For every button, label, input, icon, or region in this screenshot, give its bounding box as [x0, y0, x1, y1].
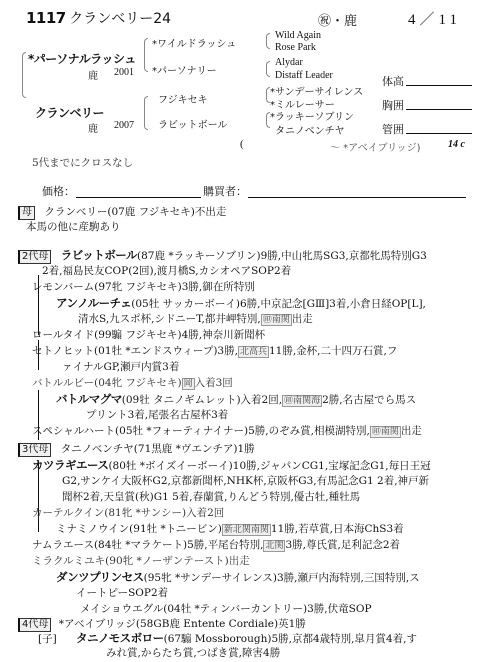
gen2-row-2: レモンバーム(97牝 フジキセキ)3勝,御在所特別: [32, 279, 255, 295]
record-text: (09牡 タニノギムレット)入着2回,: [122, 394, 282, 406]
dam-color: 鹿: [88, 120, 98, 135]
record-text: (67騸 Mossborough)5勝,京都4歳特別,皐月賞4着,す: [164, 633, 417, 645]
cannon-label: 管囲: [382, 121, 404, 137]
gen2-row-1: 2着,福島民友COP(2回),渡月橋S,カシオペアSOP2着: [42, 263, 291, 279]
gen3-row-9: イートピーSOP2着: [76, 585, 168, 601]
dam-line-2: 本馬の他に産駒あり: [26, 219, 121, 235]
dam-sire: フジキセキ: [158, 91, 208, 106]
horse-name-bold: ダンツプリンセス: [56, 570, 144, 584]
record-text: (95牝 *サンデーサイレンス)3勝,瀬戸内海特別,三国特別,ス: [144, 572, 420, 584]
dam-line-1: クランベリー(07鹿 フジキセキ)不出走: [44, 206, 226, 218]
catalog-header: 1117 クランベリー24: [26, 8, 171, 28]
chest-field[interactable]: [406, 109, 472, 110]
gen3-row-7: ミラクルミユキ(90牝 *ノーザンテースト)出走: [32, 553, 250, 569]
sire-sire: *ワイルドラッシュ: [152, 35, 236, 50]
record-text: 入着3回: [195, 377, 233, 389]
gen3-1: Wild Again: [275, 30, 321, 41]
gen2-row-10: プリント3着,尾張名古屋杯3着: [86, 407, 228, 423]
gen2-row-8: バトルルビー(04牝 フジキセキ)岡入着3回: [32, 375, 233, 391]
region-badge: 北高兵: [238, 346, 269, 358]
region-badge: 新北関南関: [222, 524, 271, 536]
sire-dam: *パーソナリー: [152, 62, 217, 77]
gen2-row-9: バトルマグマ(09牡 タニノギムレット)入着2回,㊞南関海2勝,名古屋でら馬ス: [56, 391, 416, 408]
birth-date: 4／11: [408, 8, 461, 29]
gen2-row-4: 清水S,九スポ杯,シドニーT,都井岬特別,㊞南関出走: [78, 311, 313, 327]
height-label: 体高: [382, 73, 404, 89]
gen3-row-10: メイショウエグル(04牡 *ティンバーカントリー)3勝,伏竜SOP: [80, 601, 372, 617]
record-text: ナムラエース(84牡 *マラケート)5勝,平尾台特別,: [32, 539, 263, 551]
sire-name: *パーソナルラッシュ: [28, 50, 136, 67]
horse-name: クランベリー24: [69, 11, 171, 27]
record-text: 11勝,若草賞,日本海ChS3着: [271, 523, 404, 535]
record-text: (05牡 サッカーボーイ)6勝,中京記念[GⅢ]3着,小倉日経OP[L],: [131, 298, 426, 310]
gen3-row-5: ミナミノウイン(91牡 *トニービン)新北関南関11勝,若草賞,日本海ChS3着: [56, 521, 404, 537]
record-text: 3勝,尊氏賞,足利記念2着: [285, 539, 400, 551]
gen3-8: タニノベンチヤ: [275, 122, 345, 137]
gen4-row-2: みれ賞,からたち賞,つばき賞,障害4勝: [106, 645, 280, 661]
record-text: 2勝,名古屋でら馬ス: [322, 394, 416, 406]
dam-brace: [144, 96, 148, 130]
gen3-brace-2: [266, 61, 270, 77]
gen3-7: *ラッキーソブリン: [270, 108, 354, 123]
gen3-row-2: G2,サンケイ大阪杯G2,京都新聞杯,NHK杯,京阪杯G3,有馬記念G1 2着,…: [62, 473, 429, 489]
region-badge: ㊞南関: [261, 314, 292, 326]
pedigree-brace: [22, 52, 26, 98]
gen3-row-8: ダンツプリンセス(95牝 *サンデーサイレンス)3勝,瀬戸内海特別,三国特別,ス: [56, 569, 420, 586]
record-text: (87鹿 *ラッキーソブリン)9勝,中山牝馬SG3,京都牝馬特別G3: [137, 250, 427, 262]
gen2-row-3: アンノルーチェ(05牡 サッカーボーイ)6勝,中京記念[GⅢ]3着,小倉日経OP…: [56, 295, 426, 312]
buyer-label: 購買者：: [203, 183, 247, 199]
record-text: セトノヒット(01牡 *エンドスウィープ)3勝,: [32, 345, 238, 357]
gen3-tag: 3代母: [18, 443, 51, 457]
record-text: スペシャルハート(05牡 *フォーティナイナー)5勝,のぞみ賞,相模湖特別,: [32, 425, 370, 437]
lot-number: 1117: [26, 9, 66, 27]
price-field[interactable]: [76, 197, 201, 198]
height-field[interactable]: [406, 85, 472, 86]
dam-name: クランベリー: [35, 104, 104, 121]
horse-name-bold: ラビットボール: [61, 248, 137, 262]
region-badge: 岡: [182, 378, 195, 390]
gen2-row-11: スペシャルハート(05牡 *フォーティナイナー)5勝,のぞみ賞,相模湖特別,㊞南…: [32, 423, 422, 439]
gen3-row-6: ナムラエース(84牡 *マラケート)5勝,平尾台特別,北関3勝,尊氏賞,足利記念…: [32, 537, 400, 553]
gen3-row-1: カツラギエース(80牡 *ボイズイーボーイ)10勝,ジャパンCG1,宝塚記念G1…: [32, 457, 431, 474]
chest-label: 胸囲: [382, 97, 404, 113]
horse-name-bold: タニノモスボロー: [76, 631, 164, 645]
record-text: タニノベンチヤ(71黒鹿 *ヴエンチア)1勝: [61, 443, 255, 455]
gen2-tag: 2代母: [18, 250, 51, 264]
offspring-prefix: [子]: [38, 633, 57, 645]
dam-tag: 母: [18, 206, 35, 220]
gen2-row-6: セトノヒット(01牡 *エンドスウィープ)3勝,北高兵11勝,金杯,二十四万石賞…: [32, 343, 397, 359]
horse-name-bold: バトルマグマ: [56, 392, 122, 406]
gen3-brace-1: [266, 33, 270, 49]
buyer-field[interactable]: [248, 197, 466, 198]
inbreeding-note: 5代までにクロスなし: [32, 155, 133, 170]
family-open: (: [240, 138, 244, 150]
horse-name-bold: アンノルーチェ: [56, 296, 131, 310]
gen2-row-7: ァイナルGP,瀬戸内賞3着: [62, 359, 179, 375]
gen3-4: Distaff Leader: [275, 70, 333, 81]
region-badge: ㊞南関海: [282, 395, 322, 407]
gen3-row-3: 聞杯2着,天皇賞(秋)G1 5着,春蘭賞,りんどう特別,優古牡,種牡馬: [62, 489, 360, 505]
dam-year: 2007: [114, 120, 134, 131]
family-number: 14 c: [448, 139, 465, 150]
record-text: 清水S,九スポ杯,シドニーT,都井岬特別,: [78, 313, 261, 325]
gen3-2: Rose Park: [275, 42, 316, 53]
record-text: ミナミノウイン(91牡 *トニービン): [56, 523, 222, 535]
record-text: 出走: [292, 313, 313, 325]
cannon-field[interactable]: [406, 133, 472, 134]
sire-color: 鹿: [88, 67, 98, 82]
gen2-row-5: ロールタイド(99騸 フジキセキ)4勝,神奈川新聞杯: [32, 327, 265, 343]
gen3-3: Alydar: [275, 57, 303, 68]
record-text: 11勝,金杯,二十四万石賞,フ: [269, 345, 397, 357]
family-line: ～ *アベイブリッジ): [330, 139, 421, 154]
gen2-row-0: 2代母 ラビットボール(87鹿 *ラッキーソブリン)9勝,中山牝馬SG3,京都牝…: [18, 247, 427, 264]
record-text: 出走: [401, 425, 422, 437]
price-label: 価格：: [42, 183, 75, 199]
gen3-row-0: 3代母 タニノベンチヤ(71黒鹿 *ヴエンチア)1勝: [18, 441, 255, 457]
sex-color: ㊗・鹿: [318, 10, 357, 29]
sire-brace: [144, 38, 148, 72]
horse-name-bold: カツラギエース: [32, 458, 108, 472]
dam-dam: ラビットボール: [158, 116, 227, 131]
record-text: (80牡 *ボイズイーボーイ)10勝,ジャパンCG1,宝塚記念G1,毎日王冠: [108, 460, 430, 472]
record-text: *アベイブリッジ(58GB鹿 Entente Cordiale)英1勝: [59, 618, 306, 630]
gen3-row-4: カーテルクイン(81牝 *サンシー)入着2回: [32, 505, 224, 521]
region-badge: 北関: [263, 540, 285, 552]
region-badge: ㊞南関: [370, 426, 401, 438]
dam-section: 母 クランベリー(07鹿 フジキセキ)不出走: [18, 204, 226, 220]
sire-year: 2001: [114, 67, 134, 78]
record-text: バトルルビー(04牝 フジキセキ): [32, 377, 182, 389]
